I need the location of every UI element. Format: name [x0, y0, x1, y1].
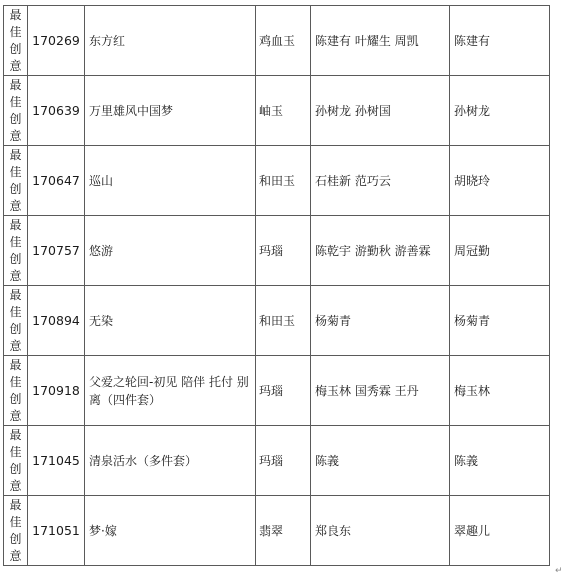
owner-cell: 翠趣儿 — [450, 496, 550, 566]
category-char: 创 — [4, 321, 27, 338]
owner-cell: 胡晓玲 — [450, 146, 550, 216]
material-cell: 鸡血玉 — [256, 6, 311, 76]
category-cell: 最佳创意 — [4, 6, 28, 76]
material-cell: 玛瑙 — [256, 356, 311, 426]
authors-cell: 陈乾宇 游勤秋 游善霖 — [311, 216, 450, 286]
category-char: 最 — [4, 217, 27, 234]
table-row: 最佳创意 170639 万里雄风中国梦 岫玉 孙树龙 孙树国 孙树龙 — [4, 76, 550, 146]
authors-cell: 杨菊青 — [311, 286, 450, 356]
category-cell: 最佳创意 — [4, 216, 28, 286]
category-char: 意 — [4, 128, 27, 145]
owner-cell: 孙树龙 — [450, 76, 550, 146]
category-char: 最 — [4, 287, 27, 304]
category-char: 意 — [4, 198, 27, 215]
owner-cell: 杨菊青 — [450, 286, 550, 356]
category-char: 佳 — [4, 234, 27, 251]
authors-cell: 石桂新 范巧云 — [311, 146, 450, 216]
table-row: 最佳创意 171045 清泉活水（多件套） 玛瑙 陈義 陈義 — [4, 426, 550, 496]
entry-id-cell: 170757 — [28, 216, 85, 286]
owner-cell: 陈義 — [450, 426, 550, 496]
category-char: 创 — [4, 391, 27, 408]
category-char: 佳 — [4, 374, 27, 391]
category-cell: 最佳创意 — [4, 286, 28, 356]
entry-id-cell: 170269 — [28, 6, 85, 76]
category-char: 佳 — [4, 164, 27, 181]
work-name-cell: 悠游 — [85, 216, 256, 286]
owner-cell: 周冠勤 — [450, 216, 550, 286]
work-name-cell: 无染 — [85, 286, 256, 356]
category-cell: 最佳创意 — [4, 146, 28, 216]
category-char: 创 — [4, 41, 27, 58]
category-char: 最 — [4, 77, 27, 94]
material-cell: 玛瑙 — [256, 216, 311, 286]
category-char: 最 — [4, 7, 27, 24]
material-cell: 翡翠 — [256, 496, 311, 566]
table-row: 最佳创意 170918 父爱之轮回-初见 陪伴 托付 别离（四件套） 玛瑙 梅玉… — [4, 356, 550, 426]
authors-cell: 梅玉林 国秀霖 王丹 — [311, 356, 450, 426]
category-char: 佳 — [4, 304, 27, 321]
category-char: 意 — [4, 268, 27, 285]
authors-cell: 陈建有 叶耀生 周凯 — [311, 6, 450, 76]
authors-cell: 孙树龙 孙树国 — [311, 76, 450, 146]
awards-table: 最佳创意 170269 东方红 鸡血玉 陈建有 叶耀生 周凯 陈建有 最佳创意 … — [3, 5, 550, 566]
category-cell: 最佳创意 — [4, 76, 28, 146]
category-char: 最 — [4, 497, 27, 514]
category-char: 意 — [4, 478, 27, 495]
authors-cell: 郑良东 — [311, 496, 450, 566]
entry-id-cell: 170639 — [28, 76, 85, 146]
category-char: 意 — [4, 548, 27, 565]
category-char: 最 — [4, 427, 27, 444]
category-char: 创 — [4, 251, 27, 268]
category-char: 最 — [4, 357, 27, 374]
material-cell: 岫玉 — [256, 76, 311, 146]
work-name-cell: 清泉活水（多件套） — [85, 426, 256, 496]
work-name-cell: 巡山 — [85, 146, 256, 216]
owner-cell: 陈建有 — [450, 6, 550, 76]
category-cell: 最佳创意 — [4, 496, 28, 566]
authors-cell: 陈義 — [311, 426, 450, 496]
category-char: 创 — [4, 111, 27, 128]
category-char: 佳 — [4, 24, 27, 41]
category-char: 最 — [4, 147, 27, 164]
work-name-cell: 梦·嫁 — [85, 496, 256, 566]
material-cell: 和田玉 — [256, 286, 311, 356]
table-row: 最佳创意 171051 梦·嫁 翡翠 郑良东 翠趣儿 — [4, 496, 550, 566]
material-cell: 玛瑙 — [256, 426, 311, 496]
table-row: 最佳创意 170894 无染 和田玉 杨菊青 杨菊青 — [4, 286, 550, 356]
entry-id-cell: 170894 — [28, 286, 85, 356]
category-char: 创 — [4, 181, 27, 198]
entry-id-cell: 170647 — [28, 146, 85, 216]
category-cell: 最佳创意 — [4, 356, 28, 426]
category-char: 佳 — [4, 514, 27, 531]
work-name-cell: 父爱之轮回-初见 陪伴 托付 别离（四件套） — [85, 356, 256, 426]
entry-id-cell: 170918 — [28, 356, 85, 426]
paragraph-end-mark: ↵ — [555, 566, 561, 575]
category-char: 创 — [4, 531, 27, 548]
category-char: 意 — [4, 338, 27, 355]
owner-cell: 梅玉林 — [450, 356, 550, 426]
table-row: 最佳创意 170269 东方红 鸡血玉 陈建有 叶耀生 周凯 陈建有 — [4, 6, 550, 76]
category-char: 佳 — [4, 94, 27, 111]
category-char: 佳 — [4, 444, 27, 461]
work-name-cell: 万里雄风中国梦 — [85, 76, 256, 146]
category-cell: 最佳创意 — [4, 426, 28, 496]
category-char: 意 — [4, 58, 27, 75]
category-char: 创 — [4, 461, 27, 478]
table-row: 最佳创意 170647 巡山 和田玉 石桂新 范巧云 胡晓玲 — [4, 146, 550, 216]
material-cell: 和田玉 — [256, 146, 311, 216]
entry-id-cell: 171045 — [28, 426, 85, 496]
table-row: 最佳创意 170757 悠游 玛瑙 陈乾宇 游勤秋 游善霖 周冠勤 — [4, 216, 550, 286]
entry-id-cell: 171051 — [28, 496, 85, 566]
work-name-cell: 东方红 — [85, 6, 256, 76]
category-char: 意 — [4, 408, 27, 425]
